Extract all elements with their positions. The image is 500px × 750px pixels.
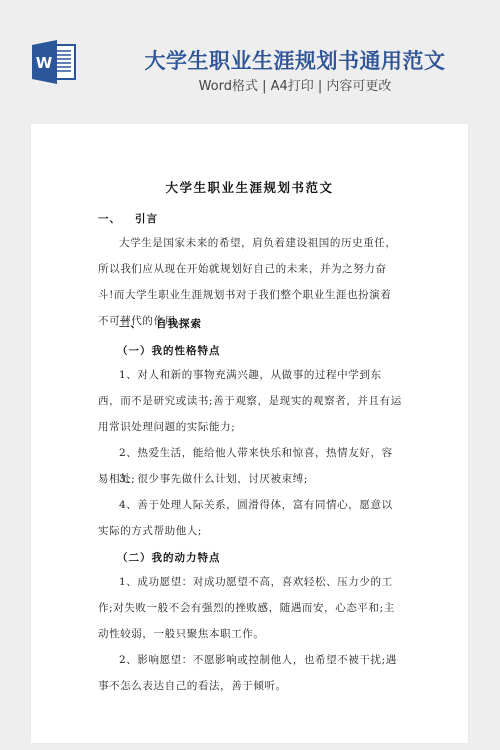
document-title: 大学生职业生涯规划书范文 — [31, 178, 468, 196]
word-document-icon: W — [31, 40, 77, 84]
list-item: 2、影响愿望：不愿影响或控制他人，也希望不被干扰;遇事不怎么表达自己的看法，善于… — [98, 647, 402, 699]
subsection-heading-personality: （一）我的性格特点 — [117, 343, 221, 358]
list-item: 4、善于处理人际关系，圆滑得体，富有同情心，愿意以实际的方式帮助他人; — [98, 492, 402, 544]
list-item: 3、很少事先做什么计划，讨厌被束缚; — [98, 466, 402, 492]
header-subtitle: Word格式 | A4打印 | 内容可更改 — [130, 75, 460, 94]
list-item: 1、成功愿望：对成功愿望不高，喜欢轻松、压力少的工作;对失败一般不会有强烈的挫败… — [98, 569, 402, 647]
list-item: 1、对人和新的事物充满兴趣，从做事的过程中学到东西，而不是研究或读书;善于观察，… — [98, 362, 402, 440]
header-title: 大学生职业生涯规划书通用范文 — [130, 45, 460, 75]
section-number: 一、 — [98, 213, 121, 225]
section-heading-intro: 一、引言 — [98, 211, 158, 226]
header-banner: W 大学生职业生涯规划书通用范文 Word格式 | A4打印 | 内容可更改 — [0, 0, 500, 124]
section-title: 引言 — [135, 213, 158, 225]
subsection-heading-motivation: （二）我的动力特点 — [117, 550, 221, 565]
section-title: 自我探索 — [156, 318, 202, 330]
section-number: 二、 — [119, 318, 142, 330]
section-heading-self-exploration: 二、自我探索 — [119, 316, 202, 331]
document-page: 大学生职业生涯规划书范文 一、引言 大学生是国家未来的希望，肩负着建设祖国的历史… — [31, 124, 468, 743]
svg-text:W: W — [36, 54, 53, 72]
